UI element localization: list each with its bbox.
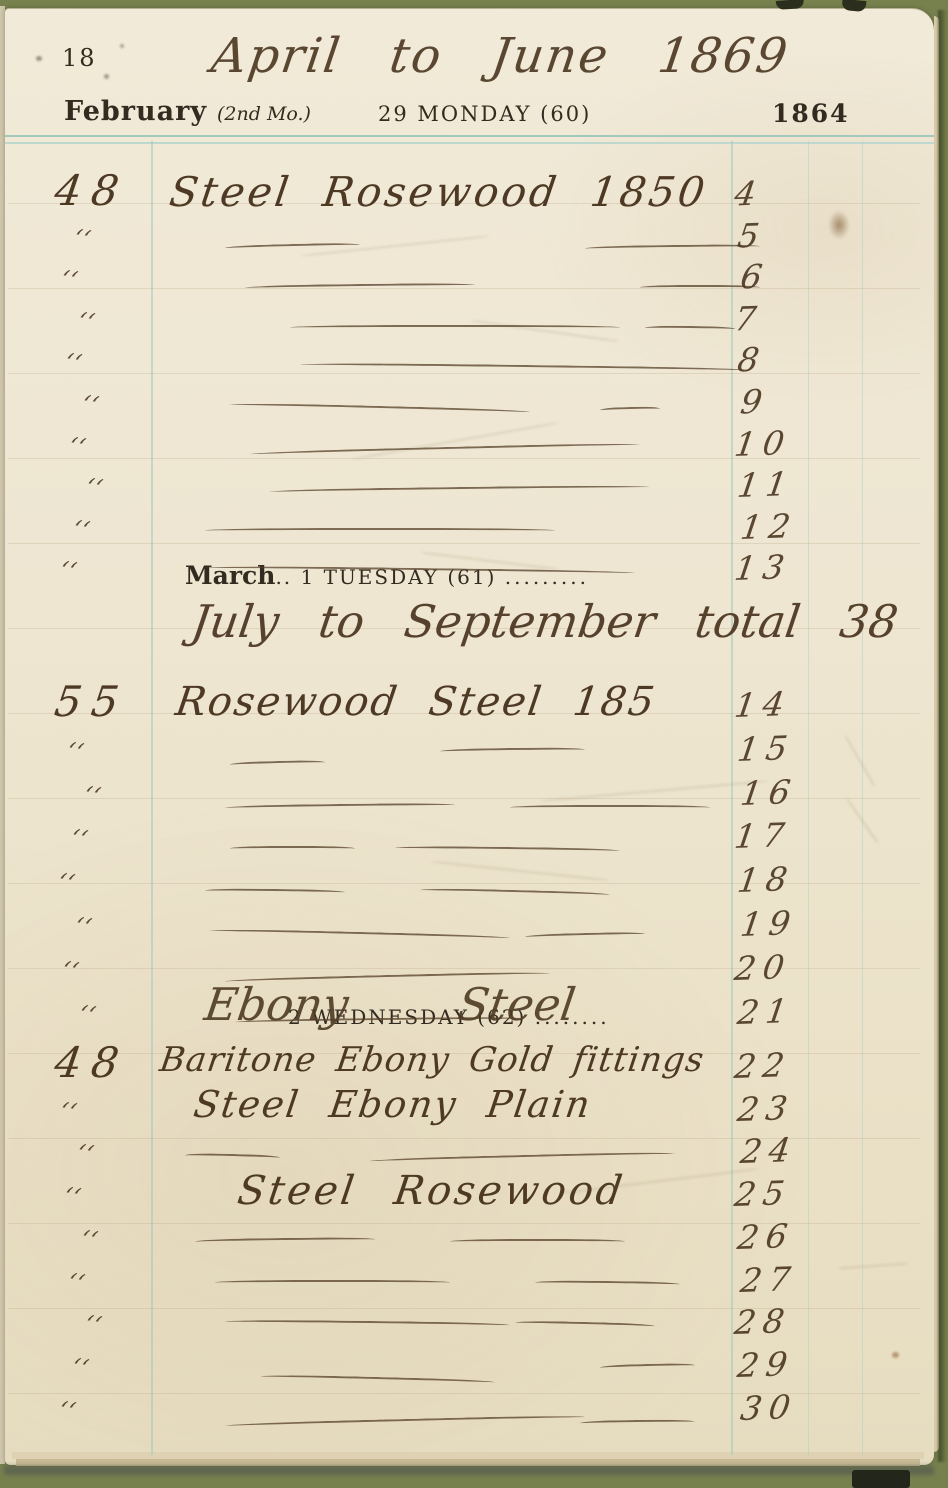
year-label: 1864 (772, 99, 850, 128)
ditto-dash-stroke (290, 325, 620, 330)
day-number: 25 (732, 1173, 794, 1214)
day-number: 13 (732, 547, 794, 588)
month-ordinal-label: (2nd Mo.) (217, 103, 311, 125)
entry-text: Rosewood Steel 185 (173, 679, 659, 725)
ditto-dash-stroke (510, 805, 710, 810)
day-number: 27 (738, 1259, 800, 1300)
day-number: 9 (738, 382, 772, 422)
day-number: 18 (735, 859, 797, 900)
binding-notch (852, 1470, 910, 1488)
day-number: 15 (735, 728, 797, 769)
day-number: 11 (735, 464, 797, 505)
day-number: 6 (738, 257, 772, 297)
page-stack-bottom-edge-1 (12, 1452, 924, 1459)
bottom-edge-shadow (4, 1466, 934, 1475)
day-number: 8 (735, 340, 769, 380)
speck (104, 74, 109, 79)
ditto-dash-stroke (230, 846, 355, 851)
handwritten-title: April to June 1869 (208, 28, 793, 84)
speck (892, 1352, 899, 1358)
day-number: 29 (735, 1344, 797, 1385)
entry-text: Steel Rosewood 1850 (167, 168, 711, 216)
day-number: 19 (738, 903, 800, 944)
page-number: 18 (62, 44, 97, 72)
day-number: 20 (732, 947, 794, 988)
ditto-dash-stroke (215, 1280, 450, 1285)
header-double-rule (5, 135, 934, 144)
ruled-horizontal-line (8, 373, 920, 374)
speck (36, 56, 42, 61)
entry-text: Steel Ebony Plain (191, 1083, 595, 1126)
speck (120, 44, 124, 48)
day-number: 17 (732, 815, 794, 856)
day-number: 26 (735, 1216, 797, 1257)
day-number: 24 (738, 1130, 800, 1171)
ruled-horizontal-line (8, 288, 920, 289)
printed-header-month-group: February(2nd Mo.) (64, 96, 311, 127)
day-number: 23 (735, 1088, 797, 1129)
handwritten-note: July to September total 38 (188, 595, 901, 648)
ditto-dash-stroke (205, 528, 555, 533)
scanned-diary-photo: { "document": { "page_number": "18", "ha… (0, 0, 948, 1488)
printed-day-heading: 29 MONDAY (60) (378, 102, 591, 126)
quantity-value: 48 (52, 166, 132, 215)
right-edge-shadow (938, 10, 946, 1462)
day-number: 16 (738, 772, 800, 813)
quantity-value: 55 (52, 677, 132, 726)
ink-stain (828, 210, 850, 240)
day-number: 28 (732, 1301, 794, 1342)
day-number: 21 (735, 991, 797, 1032)
day-number: 4 (732, 174, 766, 214)
day-number: 7 (732, 298, 766, 338)
ditto-dash-stroke (450, 1239, 625, 1244)
day-number: 10 (732, 423, 794, 464)
day-number: 14 (732, 684, 794, 725)
day-number: 22 (732, 1045, 794, 1086)
quantity-value: 48 (52, 1038, 132, 1087)
page-stack-bottom-edge-2 (16, 1459, 920, 1466)
day-number: 30 (738, 1387, 800, 1428)
day-number: 5 (735, 215, 769, 255)
month-label: February (64, 96, 207, 127)
day-number: 12 (738, 506, 800, 547)
entry-text: Baritone Ebony Gold fittings (157, 1040, 707, 1080)
